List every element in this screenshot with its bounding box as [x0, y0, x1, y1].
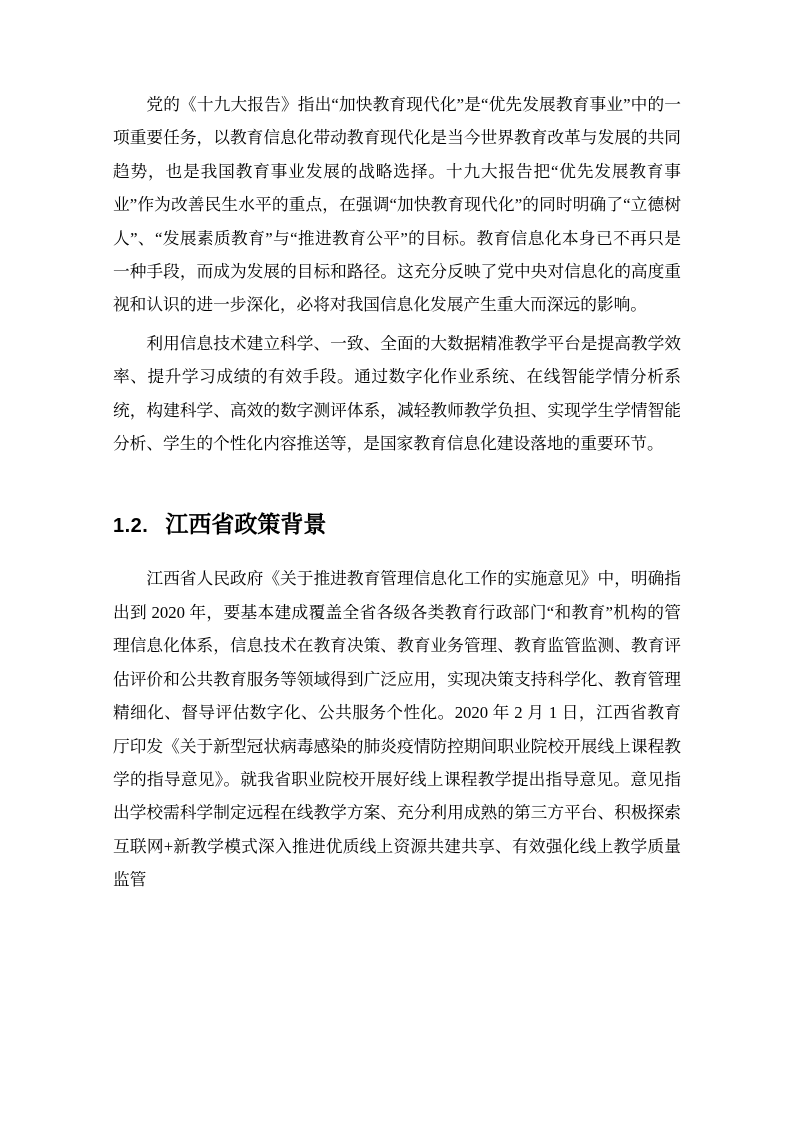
body-paragraph: 党的《十九大报告》指出“加快教育现代化”是“优先发展教育事业”中的一项重要任务，…	[113, 88, 681, 322]
section-heading-number: 1.2.	[113, 515, 148, 537]
section-heading: 1.2.江西省政策背景	[113, 510, 681, 541]
body-paragraph: 利用信息技术建立科学、一致、全面的大数据精准教学平台是提高教学效率、提升学习成绩…	[113, 327, 681, 461]
body-paragraph: 江西省人民政府《关于推进教育管理信息化工作的实施意见》中，明确指出到 2020 …	[113, 562, 681, 896]
section-heading-title: 江西省政策背景	[165, 511, 326, 537]
document-page: 党的《十九大报告》指出“加快教育现代化”是“优先发展教育事业”中的一项重要任务，…	[0, 0, 794, 1122]
